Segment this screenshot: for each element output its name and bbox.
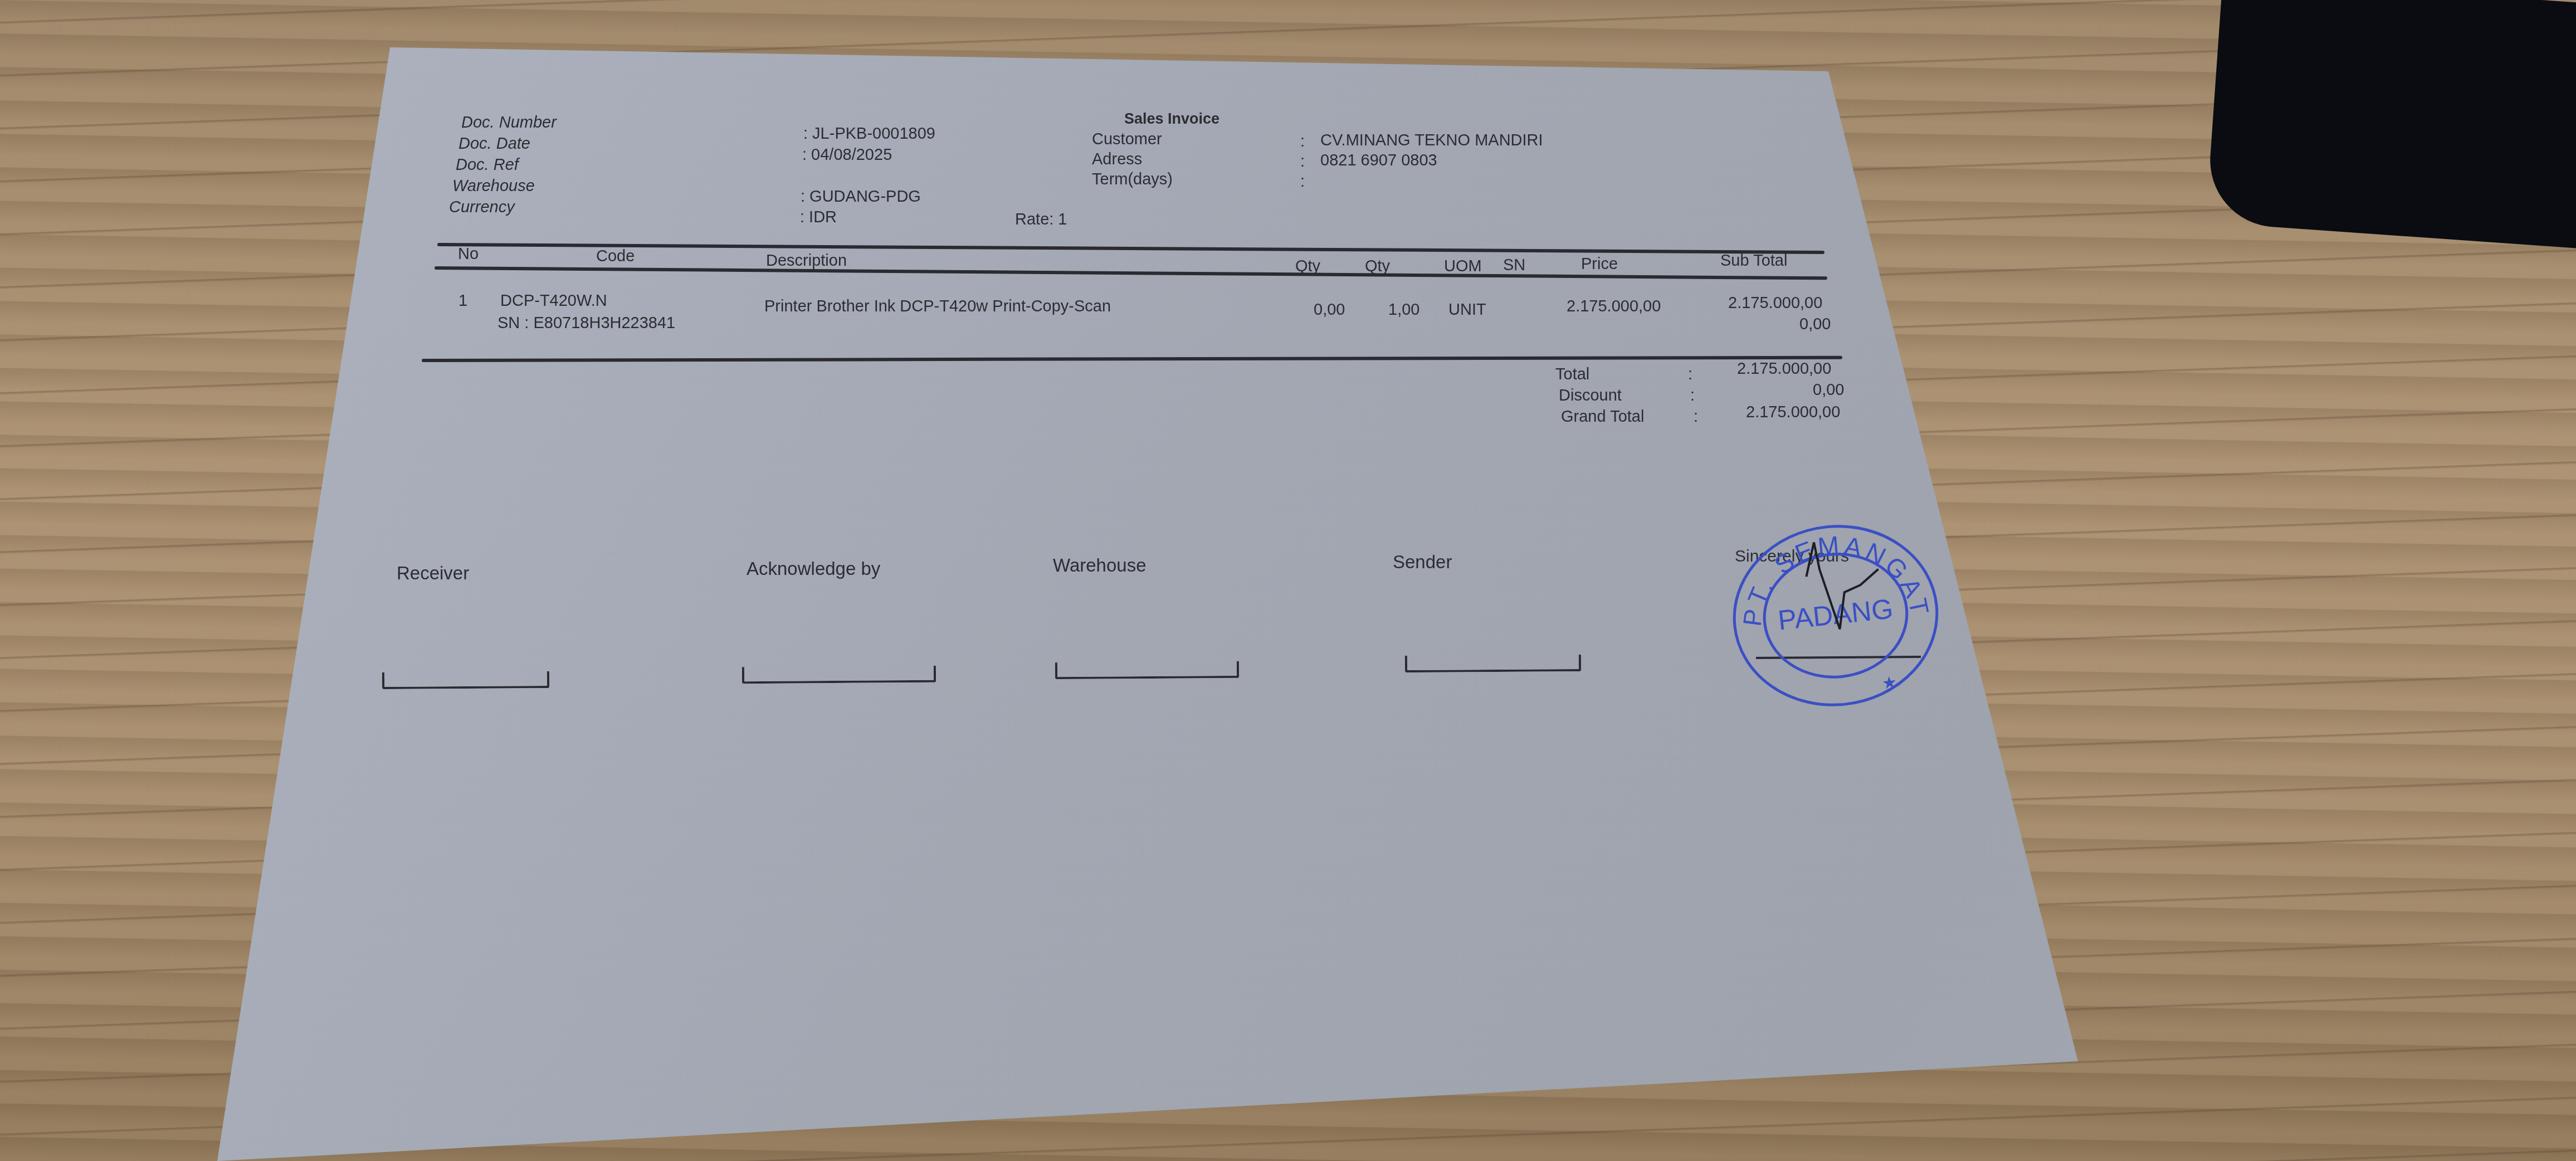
discount-value: 0,00 — [1813, 381, 1844, 399]
stamp-graphic: PT. SEMANGAT BERKAT JAYA PADANG ★ — [1718, 508, 1954, 724]
signature-line-acknowledge — [742, 666, 936, 684]
address-label: Adress — [1092, 150, 1142, 169]
row-price: 2.175.000,00 — [1567, 297, 1661, 316]
col-no: No — [458, 245, 479, 264]
signature-line-sender — [1405, 655, 1581, 672]
col-price: Price — [1581, 255, 1618, 274]
row-description: Printer Brother Ink DCP-T420w Print-Copy… — [764, 297, 1111, 316]
total-sep: : — [1688, 365, 1692, 384]
col-code: Code — [596, 247, 635, 266]
row-uom: UNIT — [1448, 301, 1486, 319]
currency-value: : IDR — [800, 208, 837, 227]
invoice-content: Sales Invoice Doc. Number Doc. Date Doc.… — [0, 0, 2576, 1161]
svg-text:★: ★ — [1881, 672, 1897, 694]
signature-acknowledge-label: Acknowledge by — [747, 558, 880, 579]
rate-value: Rate: 1 — [1015, 211, 1067, 229]
total-label: Total — [1555, 365, 1589, 384]
company-stamp: PT. SEMANGAT BERKAT JAYA PADANG ★ — [1718, 508, 1954, 724]
grand-total-label: Grand Total — [1561, 408, 1644, 426]
invoice-title: Sales Invoice — [1124, 110, 1219, 128]
col-sn: SN — [1503, 256, 1525, 275]
row-subtotal-extra: 0,00 — [1799, 315, 1831, 334]
row-qty-2: 1,00 — [1388, 301, 1419, 319]
grand-total-sep: : — [1694, 408, 1698, 426]
term-sep: : — [1300, 173, 1305, 191]
signature-warehouse-label: Warehouse — [1053, 555, 1146, 576]
term-label: Term(days) — [1092, 170, 1173, 189]
signature-line-receiver — [382, 671, 549, 689]
row-qty-1: 0,00 — [1314, 301, 1345, 319]
warehouse-value: : GUDANG-PDG — [801, 188, 921, 206]
customer-sep: : — [1300, 133, 1305, 151]
customer-label: Customer — [1092, 130, 1162, 149]
row-no: 1 — [458, 292, 467, 310]
table-header-rule — [435, 266, 1827, 280]
address-value: 0821 6907 0803 — [1320, 152, 1437, 170]
total-value: 2.175.000,00 — [1737, 360, 1831, 378]
customer-value: CV.MINANG TEKNO MANDIRI — [1320, 131, 1543, 150]
table-bottom-rule — [422, 356, 1842, 362]
grand-total-value: 2.175.000,00 — [1746, 403, 1840, 422]
doc-date-value: : 04/08/2025 — [802, 146, 892, 164]
doc-date-label: Doc. Date — [458, 135, 530, 153]
doc-number-value: : JL-PKB-0001809 — [803, 125, 935, 143]
col-qty-2: Qty — [1365, 257, 1390, 276]
doc-number-label: Doc. Number — [461, 114, 557, 132]
col-subtotal: Sub Total — [1720, 252, 1787, 270]
row-code: DCP-T420W.N — [500, 292, 607, 310]
col-uom: UOM — [1444, 257, 1482, 276]
row-subtotal: 2.175.000,00 — [1728, 294, 1822, 313]
table-top-rule — [437, 243, 1824, 254]
currency-label: Currency — [449, 198, 515, 217]
row-serial: SN : E80718H3H223841 — [497, 314, 675, 333]
doc-ref-label: Doc. Ref — [456, 156, 519, 174]
col-qty-1: Qty — [1295, 257, 1320, 276]
discount-sep: : — [1690, 387, 1695, 405]
discount-label: Discount — [1559, 387, 1622, 405]
warehouse-label: Warehouse — [452, 177, 535, 196]
signature-receiver-label: Receiver — [397, 563, 469, 584]
address-sep: : — [1300, 153, 1305, 171]
signature-sender-label: Sender — [1393, 552, 1452, 573]
signature-line-warehouse — [1055, 661, 1239, 679]
col-description: Description — [766, 252, 847, 270]
